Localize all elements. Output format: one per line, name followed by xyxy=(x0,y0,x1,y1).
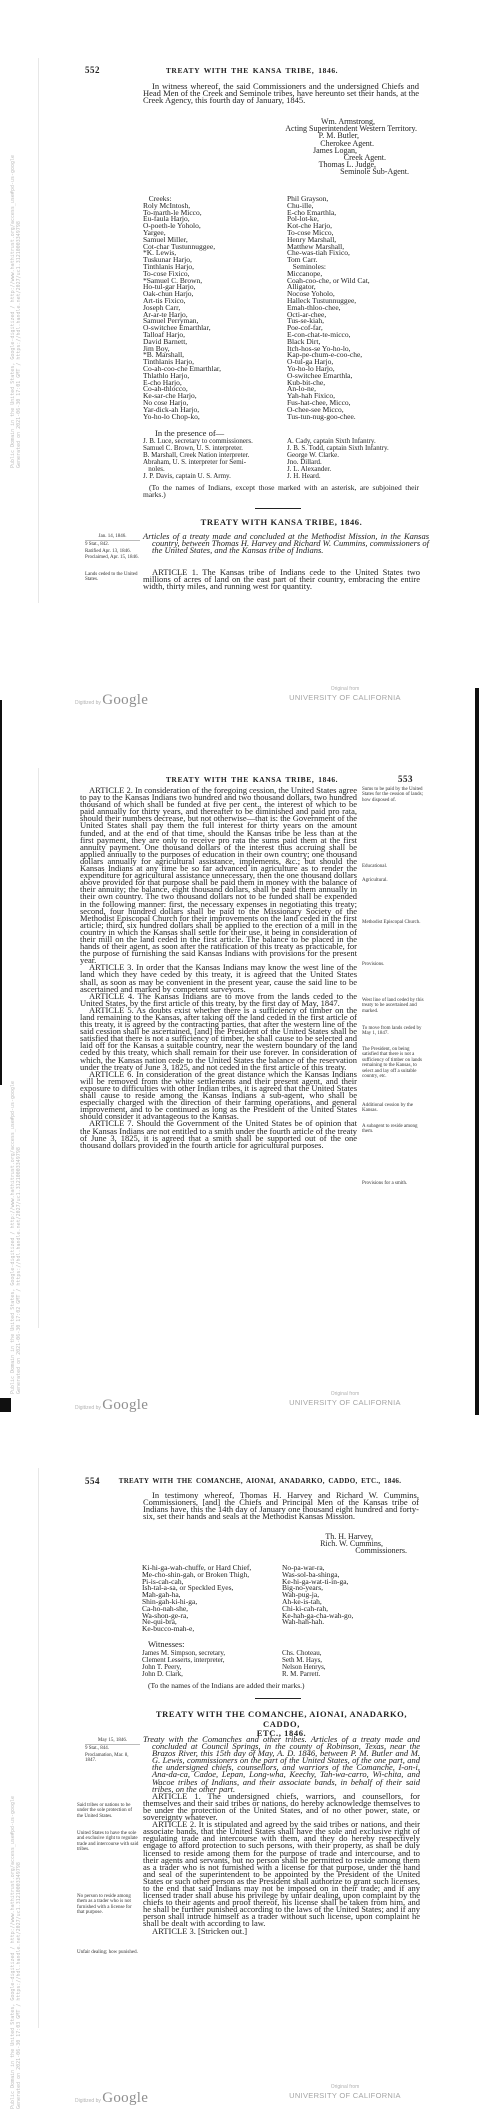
original-from-text: Original from xyxy=(265,686,425,692)
digitized-by-label: Digitized by Google xyxy=(75,2090,148,2107)
digitized-by-label: Digitized by Google xyxy=(75,1397,148,1414)
page-number: 554 xyxy=(85,1476,100,1486)
margin-ratified: Ratified Apr. 13, 1846. xyxy=(85,549,140,554)
margin-provisions: Provisions. xyxy=(362,962,426,967)
google-logo: Google xyxy=(102,1397,148,1413)
margin-proclamation: Proclamation, Mar. 8, 1847. xyxy=(85,1753,140,1764)
margin-date: May 15, 1846. xyxy=(85,1738,140,1745)
marks-note: (To the names of Indians, except those m… xyxy=(143,484,419,498)
article-1-text: ARTICLE 1. The Kansas tribe of Indians c… xyxy=(143,569,420,590)
article-2-text: ARTICLE 2. In consideration of the foreg… xyxy=(80,787,357,964)
witness-name: R. M. Parrett. xyxy=(282,1671,417,1678)
google-watermark: Digitized by Google Original from UNIVER… xyxy=(0,1389,479,1415)
signature-line: Cherokee Agent. xyxy=(143,140,419,147)
digitized-by-label: Digitized by Google xyxy=(75,692,148,709)
commissioner-signature-list: Wm. Armstrong,Acting Superintendent West… xyxy=(143,118,419,176)
treaty-preamble: Treaty with the Comanches and other trib… xyxy=(143,1736,420,1793)
page-number: 552 xyxy=(85,65,100,75)
margin-president: The President, on being satisfied that t… xyxy=(362,1047,426,1079)
treaty-margin-citations: Jan. 14, 1846. 9 Stat., 842. Ratified Ap… xyxy=(85,534,140,562)
page-number: 553 xyxy=(398,774,413,784)
article-6-text: ARTICLE 6. In consideration of the great… xyxy=(80,1071,357,1121)
article-3-text: ARTICLE 3. In order that the Kansas Indi… xyxy=(80,964,357,992)
google-watermark: Digitized by Google Original from UNIVER… xyxy=(0,684,479,710)
signer-column-seminoles: Phil Grayson,Chu-ille,E-cho Emarthla,Pol… xyxy=(287,196,427,420)
witness-name: J. P. Davis, captain U. S. Army. xyxy=(143,473,281,480)
page-554: 554 TREATY WITH THE COMANCHE, AIONAI, AN… xyxy=(0,1470,479,2030)
margin-agricultural: Agricultural. xyxy=(362,878,426,883)
signature-line: Creek Agent. xyxy=(143,154,419,161)
witness-paragraph: In witness whereof, the said Commissione… xyxy=(143,83,419,104)
scanned-book-page-view: Public Domain in the United States, Goog… xyxy=(0,0,479,2116)
running-head: TREATY WITH THE COMANCHE, AIONAI, ANADAR… xyxy=(105,1477,415,1485)
treaty-body: Treaty with the Comanches and other trib… xyxy=(143,1736,420,1935)
running-head: TREATY WITH THE KANSA TRIBE, 1846. xyxy=(117,66,387,75)
signature-line: Commissioners. xyxy=(143,1547,419,1554)
article-7-text: ARTICLE 7. Should the Government of the … xyxy=(80,1120,357,1148)
witness-column-2: Chs. Choteau,Seth M. Hays,Nelson Henrys,… xyxy=(282,1650,417,1678)
original-from-label: Original from UNIVERSITY OF CALIFORNIA xyxy=(265,686,425,702)
testimony-paragraph: In testimony whereof, Thomas H. Harvey a… xyxy=(143,1492,419,1520)
article-2-text: ARTICLE 2. It is stipulated and agreed b… xyxy=(143,1821,420,1927)
google-watermark: Digitized by Google Original from UNIVER… xyxy=(0,2082,479,2108)
margin-move: To move from lands ceded by May 1, 1847. xyxy=(362,1026,426,1037)
page-552: 552 TREATY WITH THE KANSA TRIBE, 1846. I… xyxy=(0,60,479,620)
signature-line: Seminole Sub-Agent. xyxy=(143,168,419,175)
scan-artifact-left-bar xyxy=(0,700,2,1085)
treaty-separator-rule xyxy=(255,508,301,509)
presence-column-1: J. B. Luce, secretary to commissioners.S… xyxy=(143,438,281,479)
witness-name: J. H. Heard. xyxy=(287,473,422,480)
article-5-text: ARTICLE 5. As doubts exist whether there… xyxy=(80,1007,357,1071)
margin-additional: Additional cession by the Kansas. xyxy=(362,1103,426,1114)
signer-name: Wah-hah-hah. xyxy=(282,1619,422,1626)
signer-name: Yo-ho-lo Chop-ko, xyxy=(143,414,283,421)
google-logo: Google xyxy=(102,692,148,708)
signature-line: Acting Superintendent Western Territory. xyxy=(143,125,419,132)
margin-trade: United States to have the sole and exclu… xyxy=(77,1831,139,1853)
witness-name: John D. Clark, xyxy=(142,1671,280,1678)
presence-column-2: A. Cady, captain Sixth Infantry.J. B. S.… xyxy=(287,438,422,479)
margin-west-line: West line of land ceded by this treaty t… xyxy=(362,998,426,1014)
original-from-label: Original from UNIVERSITY OF CALIFORNIA xyxy=(265,1391,425,1407)
original-from-text: Original from xyxy=(265,2084,425,2090)
margin-statute: 9 Stat., 844. xyxy=(85,1746,140,1751)
institution-name: UNIVERSITY OF CALIFORNIA xyxy=(265,693,425,702)
page-553: TREATY WITH THE KANSA TRIBE, 1846. 553 A… xyxy=(0,770,479,1330)
original-from-label: Original from UNIVERSITY OF CALIFORNIA xyxy=(265,2084,425,2100)
institution-name: UNIVERSITY OF CALIFORNIA xyxy=(265,1398,425,1407)
page-body: ARTICLE 2. In consideration of the foreg… xyxy=(80,787,357,1149)
treaty-preamble: Articles of a treaty made and concluded … xyxy=(143,533,429,554)
signer-name: Tus-tun-nug-goo-chee. xyxy=(287,414,427,421)
margin-proclaimed: Proclaimed, Apr. 15, 1846. xyxy=(85,555,140,560)
signer-name: Ke-bucco-mah-e, xyxy=(142,1626,282,1633)
signer-column-creeks: Creeks:Roly McIntosh,To-marth-le Micco,E… xyxy=(143,196,283,420)
margin-protection: Said tribes or nations to be under the s… xyxy=(77,1803,139,1819)
scan-artifact-left-square xyxy=(0,1398,11,1412)
margin-date: Jan. 14, 1846. xyxy=(85,534,140,541)
treaty-margin-citations: May 15, 1846. 9 Stat., 844. Proclamation… xyxy=(85,1738,140,1765)
article-1-text: ARTICLE 1. The undersigned chiefs, warri… xyxy=(143,1793,420,1821)
margin-smith: Provisions for a smith. xyxy=(362,1181,426,1186)
witnesses-heading: Witnesses: xyxy=(148,1639,185,1649)
margin-license: No person to reside among them as a trad… xyxy=(77,1894,139,1916)
signature-line: P. M. Butler, xyxy=(143,132,419,139)
margin-unfair: Unfair dealing; how punished. xyxy=(77,1950,139,1955)
margin-statute: 9 Stat., 842. xyxy=(85,542,140,547)
treaty-heading-line-1: TREATY WITH THE COMANCHE, AIONAI, ANADAR… xyxy=(143,1710,420,1729)
treaty-heading: TREATY WITH KANSA TRIBE, 1846. xyxy=(143,518,420,528)
scan-artifact-right-bar xyxy=(475,688,479,1415)
margin-lands-ceded: Lands ceded to the United States. xyxy=(85,572,140,583)
margin-sums: Sums to be paid by the United States for… xyxy=(362,787,426,803)
witness-column-1: James M. Simpson, secretary,Clement Less… xyxy=(142,1650,280,1678)
signer-column-2: No-pa-war-ra,Was-sol-ba-shinga,Ke-hi-ga-… xyxy=(282,1565,422,1626)
margin-educational: Educational. xyxy=(362,864,426,869)
margin-subagent: A subagent to reside among them. xyxy=(362,1124,426,1135)
margin-methodist: Methodist Episcopal Church. xyxy=(362,920,426,925)
signer-column-1: Ki-hi-ga-wah-chuffe, or Hard Chief,Me-ch… xyxy=(142,1565,282,1633)
marks-note: (To the names of the Indians are added t… xyxy=(148,1682,428,1689)
commissioner-signature-list: Th. H. Harvey,Rich. W. Cummins,Commissio… xyxy=(143,1533,419,1555)
treaty-separator-rule xyxy=(255,1698,301,1699)
google-logo: Google xyxy=(102,2090,148,2106)
running-head: TREATY WITH THE KANSA TRIBE, 1846. xyxy=(117,775,387,784)
institution-name: UNIVERSITY OF CALIFORNIA xyxy=(265,2091,425,2100)
original-from-text: Original from xyxy=(265,1391,425,1397)
article-3-text: ARTICLE 3. [Stricken out.] xyxy=(143,1928,420,1935)
